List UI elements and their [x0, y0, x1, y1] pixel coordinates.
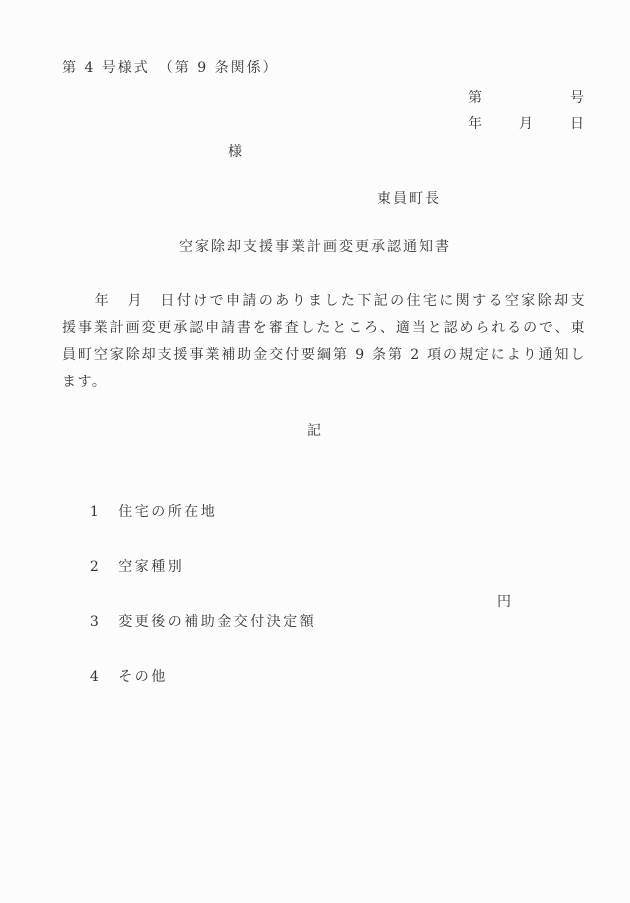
body-paragraph: 年 月 日付けで申請のありました下記の住宅に関する空家除却支 援事業計画変更承認…	[62, 288, 586, 396]
issue-date-month-label: 月	[519, 114, 535, 134]
issue-date-day-label: 日	[570, 114, 586, 134]
issue-date-year-label: 年	[468, 114, 484, 134]
item-label: 空家種別	[118, 559, 184, 575]
item-number: 4	[90, 669, 101, 685]
document-title: 空家除却支援事業計画変更承認通知書	[0, 237, 630, 257]
item-label: 変更後の補助金交付決定額	[118, 614, 316, 630]
issue-number-line: 第 号	[468, 88, 586, 108]
item-number: 1	[90, 504, 101, 520]
issue-number-prefix: 第	[468, 88, 484, 108]
addressee-honorific: 様	[228, 142, 244, 162]
issue-date-line: 年 月 日	[468, 114, 586, 134]
item-unit-label: 円	[497, 592, 514, 612]
item-row-other: 4その他	[62, 647, 586, 727]
item-number: 3	[90, 614, 101, 630]
item-label: その他	[118, 669, 168, 685]
body-line: 援事業計画変更承認申請書を審査したところ、適当と認められるので、東	[62, 315, 586, 342]
form-number: 第 4 号様式 （第 9 条関係）	[62, 58, 279, 78]
body-line: 員町空家除却支援事業補助金交付要綱第 9 条第 2 項の規定により通知し	[62, 342, 586, 369]
sender-title: 東員町長	[377, 189, 441, 209]
list-marker: 記	[0, 421, 630, 441]
document-page: 第 4 号様式 （第 9 条関係） 第 号 年 月 日 様 東員町長 空家除却支…	[0, 0, 630, 903]
issue-number-suffix: 号	[570, 88, 586, 108]
body-line: ます。	[62, 369, 586, 396]
item-label: 住宅の所在地	[118, 504, 217, 520]
body-line: 年 月 日付けで申請のありました下記の住宅に関する空家除却支	[62, 288, 586, 315]
item-number: 2	[90, 559, 101, 575]
